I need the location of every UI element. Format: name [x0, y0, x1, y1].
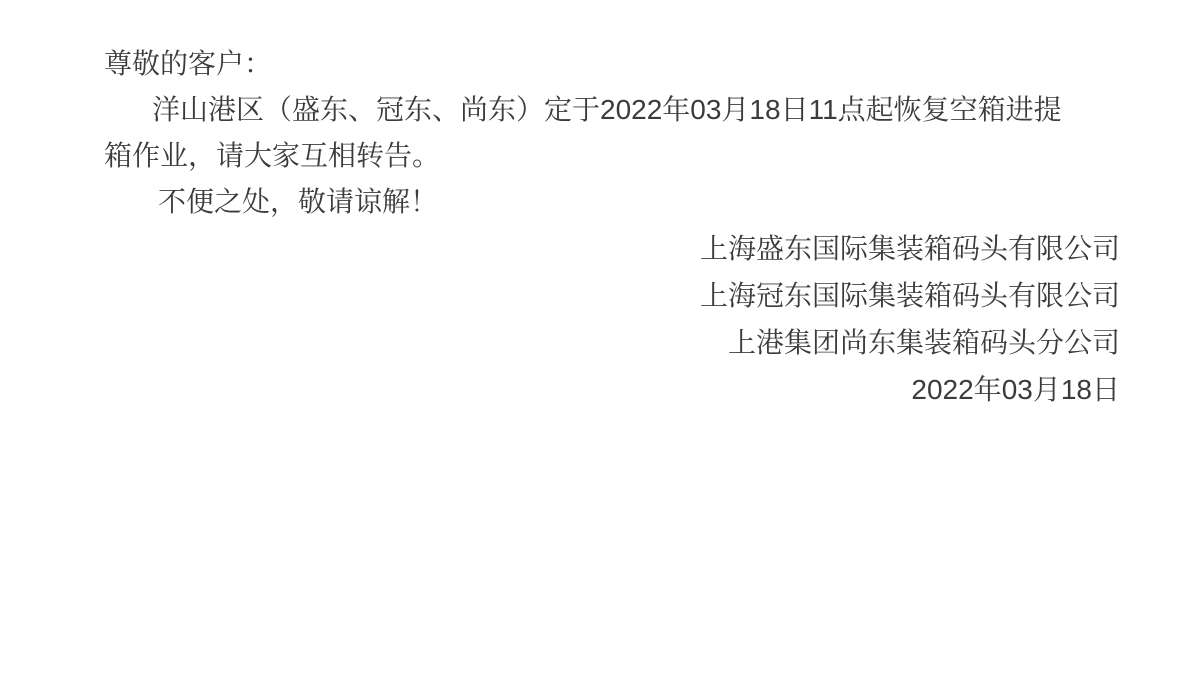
body-paragraph-line-2: 箱作业，请大家互相转告。 [104, 133, 1120, 179]
signature-company-1: 上海盛东国际集装箱码头有限公司 [104, 225, 1120, 272]
body-paragraph: 洋山港区（盛东、冠东、尚东）定于2022年03月18日11点起恢复空箱进提 箱作… [104, 87, 1120, 179]
notice-document: 尊敬的客户： 洋山港区（盛东、冠东、尚东）定于2022年03月18日11点起恢复… [0, 0, 1196, 687]
salutation: 尊敬的客户： [104, 41, 1120, 87]
signature-company-3: 上港集团尚东集装箱码头分公司 [104, 319, 1120, 366]
body-paragraph-line-1: 洋山港区（盛东、冠东、尚东）定于2022年03月18日11点起恢复空箱进提 [104, 87, 1120, 133]
signature-company-2: 上海冠东国际集装箱码头有限公司 [104, 272, 1120, 319]
notice-date: 2022年03月18日 [104, 366, 1120, 413]
signature-block: 上海盛东国际集装箱码头有限公司 上海冠东国际集装箱码头有限公司 上港集团尚东集装… [104, 225, 1120, 413]
apology-line: 不便之处，敬请谅解！ [104, 179, 1120, 225]
